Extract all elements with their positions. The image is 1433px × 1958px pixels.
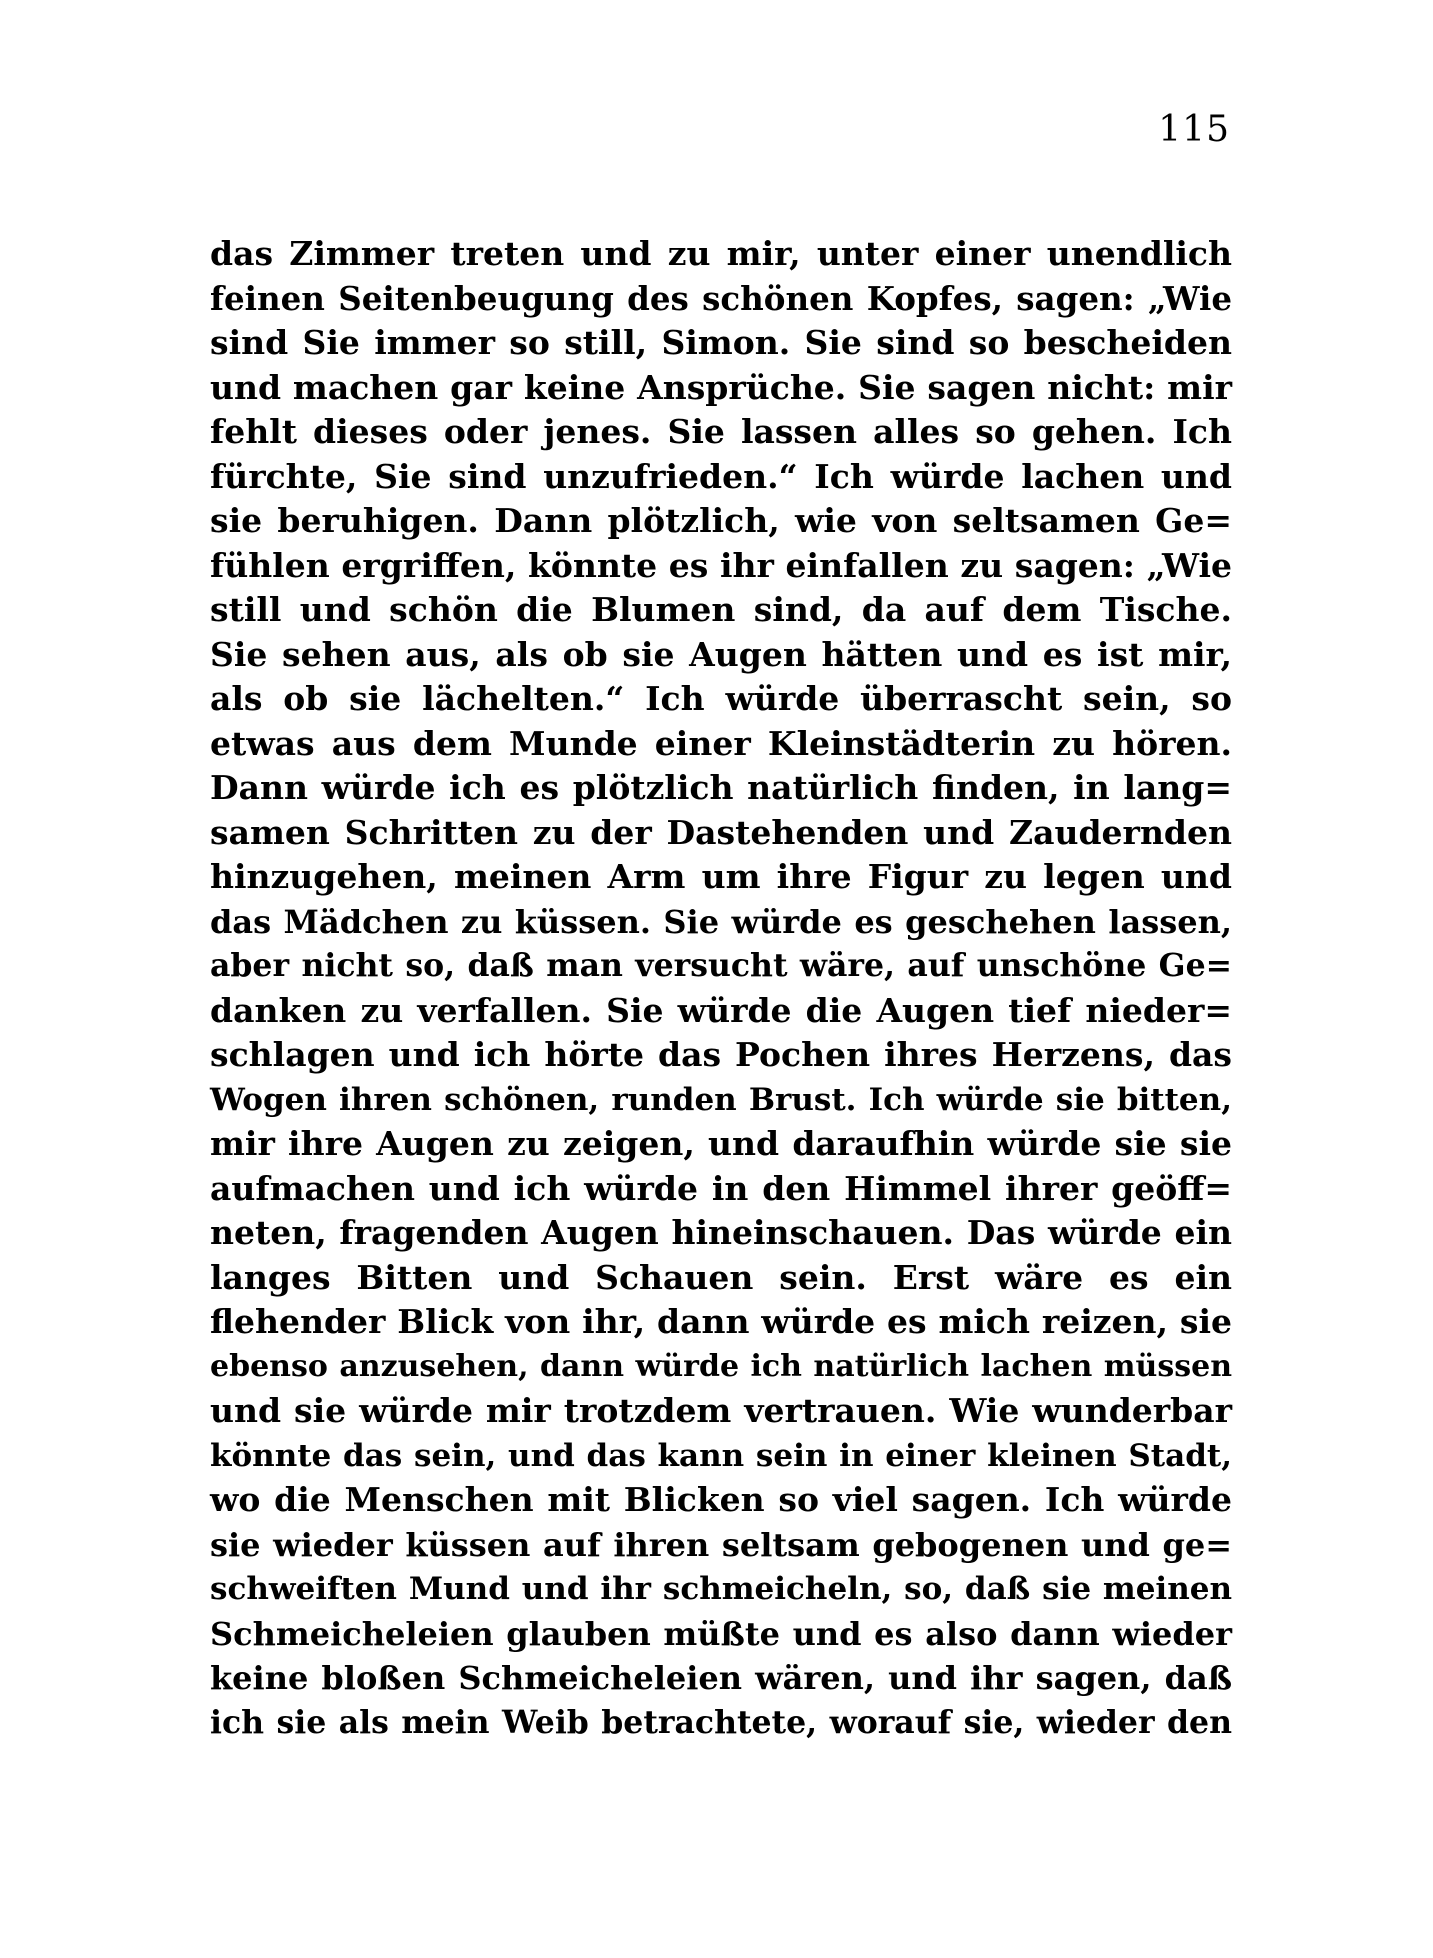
text-line: und machen gar keine Ansprüche. Sie sage… [210, 366, 1232, 411]
text-line: etwas aus dem Munde einer Kleinstädterin… [210, 722, 1232, 767]
text-line: wo die Menschen mit Blicken so viel sage… [210, 1478, 1232, 1523]
text-line: danken zu verfallen. Sie würde die Augen… [210, 989, 1232, 1034]
text-line: feinen Seitenbeugung des schönen Kopfes,… [210, 277, 1232, 322]
text-line: schlagen und ich hörte das Pochen ihres … [210, 1033, 1232, 1078]
text-line: das Mädchen zu küssen. Sie würde es gesc… [210, 900, 1232, 945]
text-line: fehlt dieses oder jenes. Sie lassen alle… [210, 410, 1232, 455]
text-line: flehender Blick von ihr, dann würde es m… [210, 1300, 1232, 1345]
text-line: als ob sie lächelten.“ Ich würde überras… [210, 677, 1232, 722]
text-line: samen Schritten zu der Dastehenden und Z… [210, 811, 1232, 856]
book-page: 115 das Zimmer treten und zu mir, unter … [0, 0, 1433, 1958]
text-line: Schmeicheleien glauben müßte und es also… [210, 1612, 1232, 1657]
text-line: mir ihre Augen zu zeigen, und daraufhin … [210, 1122, 1232, 1167]
text-line: neten, fragenden Augen hineinschauen. Da… [210, 1211, 1232, 1256]
text-line: Dann würde ich es plötzlich natürlich fi… [210, 766, 1232, 811]
text-line: still und schön die Blumen sind, da auf … [210, 588, 1232, 633]
text-line: sie wieder küssen auf ihren seltsam gebo… [210, 1523, 1232, 1568]
text-line: fühlen ergriffen, könnte es ihr einfalle… [210, 544, 1232, 589]
text-line: aufmachen und ich würde in den Himmel ih… [210, 1167, 1232, 1212]
text-line: Sie sehen aus, als ob sie Augen hätten u… [210, 633, 1232, 678]
text-line: keine bloßen Schmeicheleien wären, und i… [210, 1656, 1232, 1701]
text-line: Wogen ihren schönen, runden Brust. Ich w… [210, 1078, 1232, 1123]
page-number: 115 [1158, 110, 1230, 150]
text-line: ebenso anzusehen, dann würde ich natürli… [210, 1345, 1232, 1390]
text-line: sie beruhigen. Dann plötzlich, wie von s… [210, 499, 1232, 544]
text-line: langes Bitten und Schauen sein. Erst wär… [210, 1256, 1232, 1301]
text-line: hinzugehen, meinen Arm um ihre Figur zu … [210, 855, 1232, 900]
text-line: das Zimmer treten und zu mir, unter eine… [210, 232, 1232, 277]
text-line: schweiften Mund und ihr schmeicheln, so,… [210, 1567, 1232, 1612]
text-line: und sie würde mir trotzdem vertrauen. Wi… [210, 1389, 1232, 1434]
text-line: könnte das sein, und das kann sein in ei… [210, 1434, 1232, 1479]
text-line: fürchte, Sie sind unzufrieden.“ Ich würd… [210, 455, 1232, 500]
text-line: aber nicht so, daß man versucht wäre, au… [210, 944, 1232, 989]
text-line: sind Sie immer so still, Simon. Sie sind… [210, 321, 1232, 366]
text-line: ich sie als mein Weib betrachtete, worau… [210, 1701, 1232, 1746]
body-text: das Zimmer treten und zu mir, unter eine… [210, 232, 1232, 1745]
